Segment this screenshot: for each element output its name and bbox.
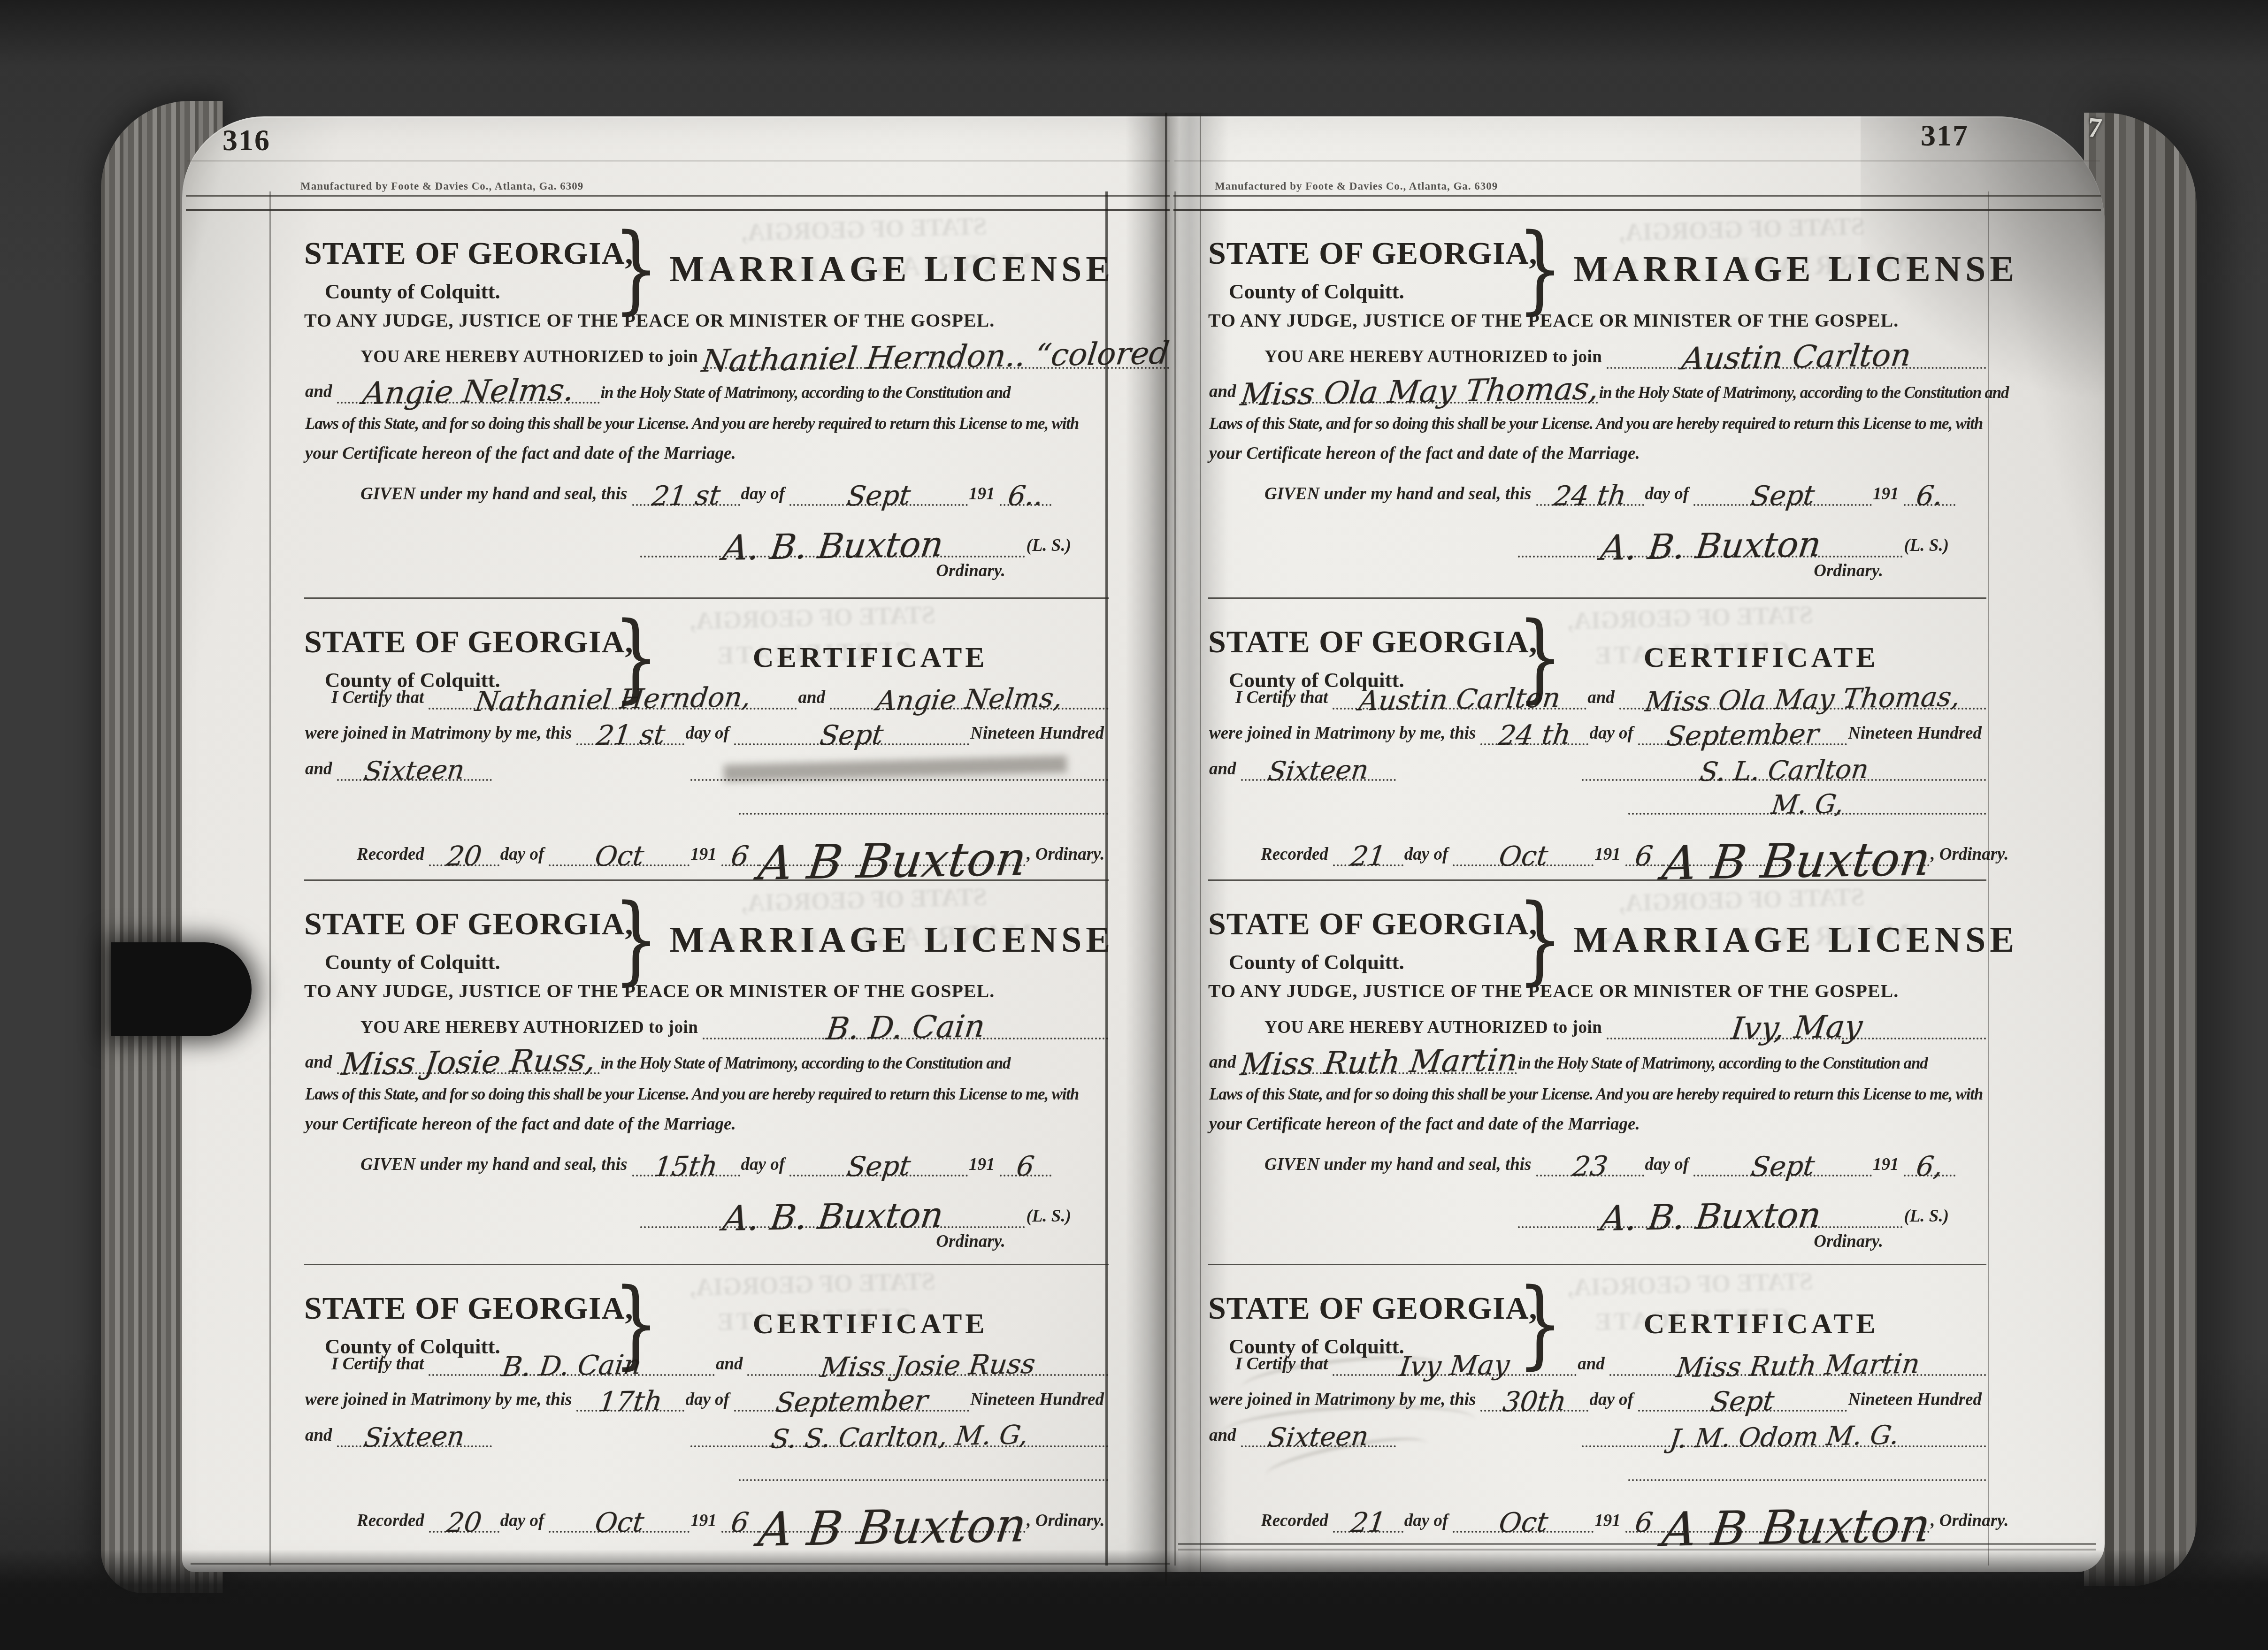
- recorded-label: Recorded: [356, 845, 429, 866]
- day-of-label: day of: [1644, 1155, 1694, 1176]
- county-heading: County of Colquitt.: [1208, 950, 1509, 974]
- recorder-signature: A B Buxton: [1661, 847, 1931, 875]
- recorded-year-line: 6: [721, 1480, 759, 1533]
- recorded-month-line: Oct: [1453, 814, 1594, 866]
- certificate-title: CERTIFICATE: [669, 1307, 1109, 1341]
- given-label: GIVEN under my hand and seal, this: [360, 1155, 632, 1176]
- groom-name-line: Austin Carlton: [1333, 671, 1586, 710]
- day-of-label: day of: [1588, 724, 1638, 745]
- left-margin-rule: [1174, 191, 1176, 1566]
- certificate-title: CERTIFICATE: [669, 641, 1109, 674]
- recorded-day: 21: [1349, 843, 1387, 868]
- month-line: Sept: [1693, 1136, 1872, 1176]
- minister-signature-line: S. L. Carlton: [1582, 743, 1986, 781]
- recorder-signature: A B Buxton: [757, 1513, 1027, 1542]
- year-line: 6.: [1904, 466, 1955, 506]
- brace-glyph: }: [613, 228, 659, 310]
- laws-clause: Laws of this State, and for so doing thi…: [1208, 1085, 1987, 1106]
- minister-title-line: [1628, 1446, 1986, 1481]
- ordinary-label: , Ordinary.: [1930, 1512, 2013, 1533]
- certificate-section-may: STATE OF GEORGIA, CERTIFICATE STATE OF G…: [1208, 1264, 1986, 1573]
- year-printed: 191: [690, 845, 721, 866]
- recorder-signature-line: A B Buxton: [759, 1480, 1026, 1533]
- nineteen-hundred-label: Nineteen Hundred: [969, 1390, 1109, 1412]
- month-line: September: [734, 1374, 969, 1412]
- marriage-license-section-cain: STATE OF GEORGIA, MARRIAGE LICENSE STATE…: [304, 879, 1109, 1265]
- recorded-year: 6: [1634, 1510, 1654, 1535]
- certificate-title: CERTIFICATE: [1573, 1307, 1986, 1341]
- month-line: Sept: [789, 466, 968, 506]
- recorded-day: 21: [1349, 1510, 1387, 1535]
- certify-label: I Certify that: [330, 1355, 429, 1376]
- brace-glyph: }: [613, 899, 659, 980]
- record-book-scan: 7 316 Manufactured by Foote & Davies Co.…: [0, 0, 2268, 1650]
- recorded-month: Oct: [593, 843, 645, 869]
- marriage-license-section-carlton: STATE OF GEORGIA, MARRIAGE LICENSE STATE…: [1208, 210, 1986, 597]
- year-line: 6: [1000, 1136, 1051, 1176]
- and-label: and: [1577, 1355, 1609, 1376]
- recorded-year-line: 6: [1625, 1480, 1663, 1533]
- and-label: and: [304, 382, 337, 404]
- matrimony-clause: in the Holy State of Matrimony, accordin…: [1598, 384, 2014, 404]
- recorded-day-line: 21: [1333, 1480, 1403, 1533]
- year-line: 6,: [1904, 1136, 1955, 1176]
- certificate-section-carlton: STATE OF GEORGIA, CERTIFICATE STATE OF G…: [1208, 597, 1986, 881]
- and-label: and: [1208, 382, 1241, 404]
- year-printed: 191: [1594, 845, 1625, 866]
- recorded-year-line: 6: [1625, 814, 1663, 866]
- recorder-signature: A B Buxton: [1661, 1513, 1931, 1542]
- certify-label: I Certify that: [1234, 1355, 1333, 1376]
- groom-name-line: Ivy, May: [1607, 1002, 1986, 1039]
- recorded-day-line: 20: [429, 814, 499, 866]
- laws-clause: Laws of this State, and for so doing thi…: [1208, 415, 1987, 435]
- given-label: GIVEN under my hand and seal, this: [360, 485, 632, 506]
- year-word: Sixteen: [363, 758, 466, 784]
- certificate-section-herndon: STATE OF GEORGIA, CERTIFICATE STATE OF G…: [304, 597, 1109, 881]
- page-316: 316 Manufactured by Foote & Davies Co., …: [182, 116, 1178, 1572]
- state-heading: STATE OF GEORGIA,: [304, 623, 605, 660]
- bride-name-line: Miss Ola May Thomas,: [1241, 366, 1598, 404]
- recorded-month: Oct: [1497, 1510, 1549, 1535]
- state-heading: STATE OF GEORGIA,: [304, 235, 605, 272]
- marriage-license-section-may: STATE OF GEORGIA, MARRIAGE LICENSE STATE…: [1208, 879, 1986, 1265]
- license-year: 6,: [1915, 1153, 1944, 1178]
- day-of-label: day of: [499, 845, 549, 866]
- certify-label: I Certify that: [330, 688, 429, 710]
- and-label: and: [715, 1355, 748, 1376]
- hereon-clause: your Certificate hereon of the fact and …: [304, 1115, 741, 1136]
- ls-label: (L. S.): [1903, 536, 1954, 558]
- recorded-year: 6: [1634, 843, 1654, 868]
- recorded-day: 20: [445, 1510, 483, 1535]
- ordinary-label: , Ordinary.: [1026, 1512, 1109, 1533]
- year-word: Sixteen: [1267, 758, 1370, 784]
- matrimony-clause: in the Holy State of Matrimony, accordin…: [1517, 1054, 1932, 1075]
- salutation: TO ANY JUDGE, JUSTICE OF THE PEACE OR MI…: [1208, 974, 1986, 1002]
- minister-title-line: M. G,: [1628, 780, 1986, 815]
- recorded-year: 6: [730, 1510, 750, 1535]
- recorded-day-line: 21: [1333, 814, 1403, 866]
- ls-label: (L. S.): [1025, 536, 1076, 558]
- day-of-label: day of: [1588, 1390, 1638, 1412]
- county-heading: County of Colquitt.: [304, 279, 605, 304]
- recorded-label: Recorded: [1260, 1512, 1333, 1533]
- ordinary-label: Ordinary.: [1813, 562, 1888, 583]
- marriage-day: 30th: [1502, 1389, 1568, 1414]
- day-line: 21 st: [576, 708, 684, 745]
- ordinary-signature-line: A. B. Buxton: [640, 1175, 1025, 1228]
- bride-name-line: Miss Ruth Martin: [1241, 1037, 1517, 1074]
- page-317: 317 Manufactured by Foote & Davies Co., …: [1170, 116, 2105, 1572]
- certificate-section-cain: STATE OF GEORGIA, CERTIFICATE STATE OF G…: [304, 1264, 1109, 1573]
- license-title: MARRIAGE LICENSE: [669, 248, 1133, 290]
- license-title: MARRIAGE LICENSE: [669, 918, 1133, 961]
- year-word: Sixteen: [363, 1425, 466, 1450]
- bride-name-line: Miss Josie Russ,: [337, 1037, 600, 1074]
- joined-label: were joined in Matrimony by me, this: [304, 1390, 576, 1412]
- day-of-label: day of: [740, 485, 790, 506]
- salutation: TO ANY JUDGE, JUSTICE OF THE PEACE OR MI…: [1208, 303, 1986, 331]
- year-word-line: Sixteen: [1241, 743, 1396, 781]
- year-word-line: Sixteen: [337, 1410, 492, 1447]
- matrimony-clause: in the Holy State of Matrimony, accordin…: [600, 384, 1015, 404]
- state-heading: STATE OF GEORGIA,: [304, 905, 605, 942]
- year-printed: 191: [968, 1155, 1000, 1176]
- brace-glyph: }: [1517, 228, 1563, 310]
- recorder-signature-line: A B Buxton: [759, 814, 1026, 866]
- hereon-clause: your Certificate hereon of the fact and …: [304, 444, 741, 466]
- joined-label: were joined in Matrimony by me, this: [1208, 724, 1480, 745]
- groom-name-line: Nathaniel Herndon.. “colored”: [703, 331, 1184, 369]
- recorded-label: Recorded: [356, 1512, 429, 1533]
- recorder-signature-line: A B Buxton: [1663, 1480, 1930, 1533]
- groom-name-line: B. D. Cain: [703, 1002, 1109, 1039]
- license-title: MARRIAGE LICENSE: [1573, 248, 2037, 290]
- brace-glyph: }: [1517, 899, 1563, 980]
- minister-title-line: [739, 1446, 1109, 1481]
- minister-title-line: [739, 780, 1109, 815]
- recorded-day-line: 20: [429, 1480, 499, 1533]
- day-line: 24 th: [1480, 708, 1588, 745]
- month-line: Sept: [789, 1136, 968, 1176]
- day-line: 17th: [576, 1374, 684, 1412]
- certify-label: I Certify that: [1234, 688, 1333, 710]
- and-label: and: [1208, 1053, 1241, 1074]
- and-label: and: [304, 1053, 337, 1074]
- bride-name: Angie Nelms.: [361, 376, 575, 407]
- ordinary-label: Ordinary.: [1813, 1232, 1888, 1253]
- groom-name-line: Ivy May: [1333, 1337, 1577, 1376]
- year-word: Sixteen: [1267, 1425, 1370, 1450]
- license-year: 6.: [1915, 483, 1944, 508]
- groom-name-line: Nathaniel Herndon,: [429, 671, 797, 710]
- recorder-signature-line: A B Buxton: [1663, 814, 1930, 866]
- month-line: Sept: [1638, 1374, 1847, 1412]
- bride-name-line: Angie Nelms.: [337, 366, 600, 404]
- recorder-signature: A B Buxton: [757, 847, 1027, 875]
- month-line: Sept: [1693, 466, 1872, 506]
- day-of-label: day of: [740, 1155, 790, 1176]
- year-printed: 191: [1872, 1155, 1904, 1176]
- and-label: and: [304, 760, 337, 781]
- bride-name-line: Angie Nelms,: [830, 671, 1109, 710]
- ordinary-signature-line: A. B. Buxton: [1518, 1175, 1903, 1228]
- ordinary-label: Ordinary.: [935, 562, 1010, 583]
- salutation: TO ANY JUDGE, JUSTICE OF THE PEACE OR MI…: [304, 303, 1109, 331]
- ordinary-label: , Ordinary.: [1930, 845, 2013, 866]
- page-number-left: 316: [222, 123, 270, 158]
- recorded-day: 20: [445, 843, 483, 868]
- minister-signature-line: [690, 743, 1109, 781]
- year-word-line: Sixteen: [337, 743, 492, 781]
- and-label: and: [797, 688, 830, 710]
- salutation: TO ANY JUDGE, JUSTICE OF THE PEACE OR MI…: [304, 974, 1109, 1002]
- month-line: September: [1638, 708, 1847, 745]
- recorded-year: 6: [730, 843, 750, 868]
- county-heading: County of Colquitt.: [1208, 279, 1509, 304]
- recorded-year-line: 6: [721, 814, 759, 866]
- bride-name: Miss Ruth Martin: [1239, 1046, 1519, 1078]
- groom-name: Ivy, May: [1730, 1012, 1864, 1042]
- certificate-title: CERTIFICATE: [1573, 641, 1986, 674]
- day-line: 21 st: [632, 466, 740, 506]
- hereon-clause: your Certificate hereon of the fact and …: [1208, 444, 1645, 466]
- day-line: 15th: [632, 1136, 740, 1176]
- year-line: 6..: [1000, 466, 1051, 506]
- day-line: 30th: [1480, 1374, 1588, 1412]
- recorded-month-line: Oct: [549, 814, 690, 866]
- nineteen-hundred-label: Nineteen Hundred: [1847, 724, 1986, 745]
- and-label: and: [1208, 760, 1241, 781]
- nineteen-hundred-label: Nineteen Hundred: [969, 724, 1109, 745]
- bride-name-line: Miss Ola May Thomas,: [1619, 671, 1986, 710]
- year-printed: 191: [1872, 485, 1904, 506]
- and-label: and: [1586, 688, 1619, 710]
- month-line: Sept: [734, 708, 969, 745]
- joined-label: were joined in Matrimony by me, this: [304, 724, 576, 745]
- state-heading: STATE OF GEORGIA,: [1208, 1290, 1509, 1327]
- hereon-clause: your Certificate hereon of the fact and …: [1208, 1115, 1645, 1136]
- index-tab: [111, 942, 252, 1036]
- day-of-label: day of: [499, 1512, 549, 1533]
- marriage-day: 21 st: [595, 722, 666, 748]
- day-of-label: day of: [1403, 845, 1453, 866]
- license-title: MARRIAGE LICENSE: [1573, 918, 2037, 961]
- year-printed: 191: [690, 1512, 721, 1533]
- recorded-label: Recorded: [1260, 845, 1333, 866]
- day-of-label: day of: [684, 724, 734, 745]
- laws-clause: Laws of this State, and for so doing thi…: [304, 1085, 1083, 1106]
- bride-name: Miss Josie Russ,: [340, 1046, 597, 1078]
- recorded-month: Oct: [1497, 843, 1549, 869]
- year-printed: 191: [968, 485, 1000, 506]
- bride-name-line: Miss Josie Russ: [747, 1337, 1109, 1376]
- minister-signature-line: J. M. Odom M. G.: [1582, 1410, 1986, 1447]
- joined-label: were joined in Matrimony by me, this: [1208, 1390, 1480, 1412]
- bride-name-line: Miss Ruth Martin: [1609, 1337, 1986, 1376]
- ls-label: (L. S.): [1025, 1207, 1076, 1228]
- and-label: and: [1208, 1426, 1241, 1447]
- county-heading: County of Colquitt.: [304, 950, 605, 974]
- smudged-signature: [724, 756, 1067, 781]
- left-margin-rule: [269, 191, 271, 1566]
- state-heading: STATE OF GEORGIA,: [1208, 905, 1509, 942]
- laws-clause: Laws of this State, and for so doing thi…: [304, 415, 1083, 435]
- recorded-month-line: Oct: [549, 1480, 690, 1533]
- day-line: 23: [1536, 1136, 1644, 1176]
- groom-name-line: B. D. Cain: [429, 1337, 715, 1376]
- year-word-line: Sixteen: [1241, 1410, 1396, 1447]
- state-heading: STATE OF GEORGIA,: [1208, 235, 1509, 272]
- state-heading: STATE OF GEORGIA,: [1208, 623, 1509, 660]
- ordinary-signature-line: A. B. Buxton: [1518, 504, 1903, 558]
- day-of-label: day of: [1644, 485, 1694, 506]
- day-of-label: day of: [684, 1390, 734, 1412]
- marriage-day: 24 th: [1497, 722, 1572, 748]
- year-printed: 191: [1594, 1512, 1625, 1533]
- marriage-license-section-herndon: STATE OF GEORGIA, MARRIAGE LICENSE STATE…: [304, 210, 1109, 597]
- given-label: GIVEN under my hand and seal, this: [1264, 1155, 1536, 1176]
- groom-name-line: Austin Carlton: [1607, 331, 1986, 369]
- ordinary-label: , Ordinary.: [1026, 845, 1109, 866]
- recorded-month-line: Oct: [1453, 1480, 1594, 1533]
- ordinary-label: Ordinary.: [935, 1232, 1010, 1253]
- bottom-shadow: [0, 1550, 2268, 1650]
- day-of-label: day of: [1403, 1512, 1453, 1533]
- and-label: and: [304, 1426, 337, 1447]
- ls-label: (L. S.): [1903, 1207, 1954, 1228]
- given-label: GIVEN under my hand and seal, this: [1264, 485, 1536, 506]
- nineteen-hundred-label: Nineteen Hundred: [1847, 1390, 1986, 1412]
- ordinary-signature-line: A. B. Buxton: [640, 504, 1025, 558]
- day-line: 24 th: [1536, 466, 1644, 506]
- minister-signature-line: S. S. Carlton, M. G,: [690, 1410, 1109, 1447]
- marriage-day: 17th: [598, 1389, 664, 1414]
- matrimony-clause: in the Holy State of Matrimony, accordin…: [600, 1054, 1015, 1075]
- recorded-month: Oct: [593, 1510, 645, 1535]
- state-heading: STATE OF GEORGIA,: [304, 1290, 605, 1327]
